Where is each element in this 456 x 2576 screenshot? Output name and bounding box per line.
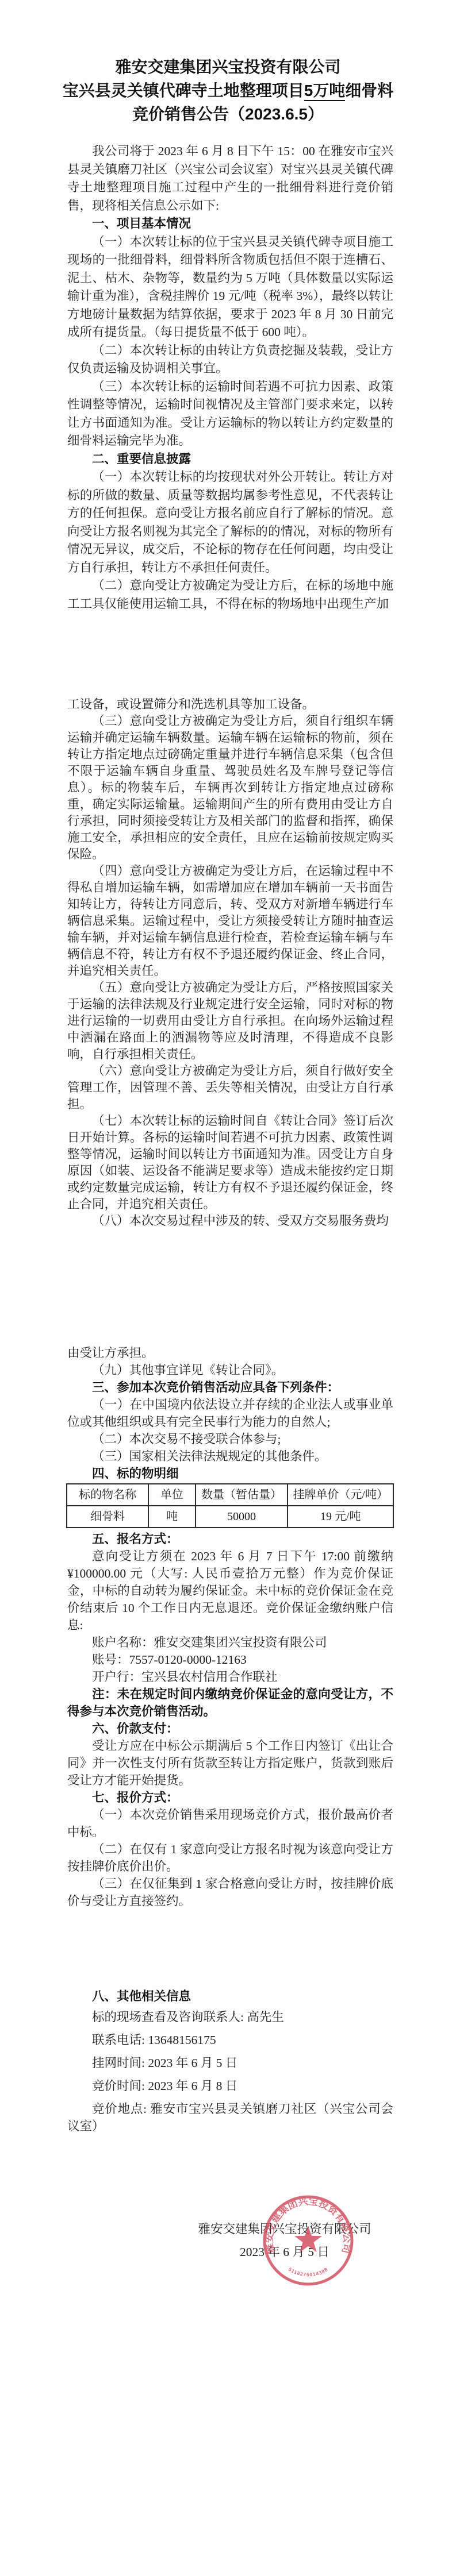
document-title: 雅安交建集团兴宝投资有限公司 宝兴县灵关镇代碑寺土地整理项目5万吨细骨料 竞价销… xyxy=(0,55,456,126)
col-header-quantity: 数量（暂估量） xyxy=(196,1484,288,1506)
para-bank: 开户行：宝兴县农村信用合作联社 xyxy=(67,1668,393,1686)
col-header-lot-name: 标的物名称 xyxy=(67,1484,148,1506)
heading-section-7: 七、报价方式： xyxy=(67,1789,393,1806)
para-2-7: （七）本次转让标的运输时间自《转让合同》签订后次日开始计算。各标的运输时间若遇不… xyxy=(67,1113,393,1213)
para-7-3: （三）在仅征集到 1 家合格意向受让方时，按挂牌价底价与受让方直接签约。 xyxy=(67,1875,393,1910)
heading-section-6: 六、价款支付： xyxy=(67,1720,393,1737)
para-bidding-date: 竞价时间: 2023 年 6 月 8 日 xyxy=(67,2077,393,2095)
cell-quantity: 50000 xyxy=(196,1506,288,1528)
page-1-body: 我公司将于 2023 年 6 月 8 日下午 15：00 在雅安市宝兴县灵关镇磨… xyxy=(67,142,393,613)
para-3-3: （三）国家相关法律法规规定的其他条件。 xyxy=(67,1448,393,1465)
para-2-3: （三）意向受让方被确定为受让方后，须自行组织车辆运输并确定运输车辆数量。运输车辆… xyxy=(67,713,393,863)
para-7-1: （一）本次竞价销售采用现场竞价方式，报价最高价者中标。 xyxy=(67,1806,393,1841)
para-7-2: （二）在仅有 1 家意向受让方报名时视为该意向受让方按挂牌价底价出价。 xyxy=(67,1841,393,1875)
para-2-4: （四）意向受让方被确定为受让方后，在运输过程中不得私自增加运输车辆，如需增加应在… xyxy=(67,863,393,980)
heading-section-5: 五、报名方式： xyxy=(67,1530,393,1548)
title-line-2-post: 细骨料 xyxy=(345,82,393,99)
para-2-2-part1: （二）意向受让方被确定为受让方后，在标的场地中施工工具仅能使用运输工具，不得在标… xyxy=(67,577,393,613)
para-5-1: 意向受让方须在 2023 年 6 月 7 日下午 17:00 前缴纳 ¥1000… xyxy=(67,1548,393,1634)
title-line-2-pre: 宝兴县灵关镇代碑寺土地整理项目 xyxy=(63,82,304,99)
page-4-body: 八、其他相关信息 标的现场查看及咨询联系人: 高先生 联系电话: 1364815… xyxy=(67,1988,393,2141)
para-2-8-part2: 由受让方承担。 xyxy=(67,1344,393,1362)
para-bidding-place: 竞价地点: 雅安市宝兴县灵关镇磨刀社区（兴宝公司会议室） xyxy=(67,2100,393,2135)
para-2-9: （九）其他事宜详见《转让合同》。 xyxy=(67,1362,393,1379)
para-account-number: 账号：7557-0120-0000-12163 xyxy=(67,1651,393,1668)
signature-date: 2023 年 6 月 5 日 xyxy=(196,2240,374,2263)
para-6-1: 受让方应在中标公示期满后 5 个工作日内签订《出让合同》并一次性支付所有货款至转… xyxy=(67,1737,393,1789)
heading-section-2: 二、重要信息披露 xyxy=(67,450,393,469)
para-account-name: 账户名称：雅安交建集团兴宝投资有限公司 xyxy=(67,1634,393,1651)
cell-lot-name: 细骨料 xyxy=(67,1506,148,1528)
para-3-1: （一）在中国境内依法设立并存续的企业法人或事业单位或其他组织或具有完全民事行为能… xyxy=(67,1396,393,1430)
signature-company: 雅安交建集团兴宝投资有限公司 xyxy=(196,2218,374,2240)
para-2-5: （五）意向受让方被确定为受让方后，严格按照国家关于运输的法律法规及行业规定进行安… xyxy=(67,980,393,1063)
para-deposit-note: 注：未在规定时间内缴纳竞价保证金的意向受让方，不得参与本次竞价销售活动。 xyxy=(67,1686,393,1720)
heading-section-8: 八、其他相关信息 xyxy=(67,1988,393,2005)
seal-code-text: 5118275014388 xyxy=(288,2266,329,2278)
para-3-2: （二）本次交易不接受联合体参与; xyxy=(67,1430,393,1448)
para-2-8-part1: （八）本次交易过程中涉及的转、受双方交易服务费均 xyxy=(67,1213,393,1229)
lot-details-table: 标的物名称 单位 数量（暂估量） 挂牌单价（元/吨） 细骨料 吨 50000 1… xyxy=(66,1483,394,1528)
title-line-2-underlined: 5万吨 xyxy=(304,82,346,101)
para-2-2-part2: 工设备，或设置筛分和洗选机具等加工设备。 xyxy=(67,696,393,713)
heading-section-4: 四、标的物明细 xyxy=(67,1465,393,1482)
para-intro: 我公司将于 2023 年 6 月 8 日下午 15：00 在雅安市宝兴县灵关镇磨… xyxy=(67,142,393,215)
signature-block: 雅安交建集团兴宝投资有限公司 2023 年 6 月 5 日 xyxy=(196,2218,374,2263)
para-contact-phone: 联系电话: 13648156175 xyxy=(67,2031,393,2049)
para-2-6: （六）意向受让方被确定为受让方后，须自行做好安全管理工作，因管理不善、丢失等相关… xyxy=(67,1063,393,1113)
announcement-document: 雅安交建集团兴宝投资有限公司 宝兴县灵关镇代碑寺土地整理项目5万吨细骨料 竞价销… xyxy=(0,0,456,2576)
cell-unit: 吨 xyxy=(148,1506,195,1528)
title-line-3: 竞价销售公告（2023.6.5） xyxy=(0,102,456,126)
para-1-1: （一）本次转让标的位于宝兴县灵关镇代碑寺项目施工现场的一批细骨料，细骨料所含物质… xyxy=(67,233,393,342)
heading-section-1: 一、项目基本情况 xyxy=(67,215,393,233)
para-contact-person: 标的现场查看及咨询联系人: 高先生 xyxy=(67,2008,393,2026)
table-row: 细骨料 吨 50000 19 元/吨 xyxy=(67,1506,393,1528)
cell-list-price: 19 元/吨 xyxy=(288,1506,393,1528)
col-header-unit: 单位 xyxy=(148,1484,195,1506)
title-line-1: 雅安交建集团兴宝投资有限公司 xyxy=(0,55,456,79)
table-header-row: 标的物名称 单位 数量（暂估量） 挂牌单价（元/吨） xyxy=(67,1484,393,1506)
para-1-2: （二）本次转让标的由转让方负责挖掘及装载，受让方仅负责运输及协调相关事宜。 xyxy=(67,342,393,378)
col-header-list-price: 挂牌单价（元/吨） xyxy=(288,1484,393,1506)
page-3-body: 由受让方承担。 （九）其他事宜详见《转让合同》。 三、参加本次竞价销售活动应具备… xyxy=(67,1344,393,1910)
title-line-2: 宝兴县灵关镇代碑寺土地整理项目5万吨细骨料 xyxy=(0,79,456,102)
para-1-3: （三）本次转让标的运输时间若遇不可抗力因素、政策性调整等情况，运输时间视情况及主… xyxy=(67,378,393,450)
page-2-body: 工设备，或设置筛分和洗选机具等加工设备。 （三）意向受让方被确定为受让方后，须自… xyxy=(67,696,393,1229)
para-2-1: （一）本次转让标的均按现状对外公开转让。转让方对标的所做的数量、质量等数据均属参… xyxy=(67,468,393,577)
para-listing-date: 挂网时间: 2023 年 6 月 5 日 xyxy=(67,2054,393,2072)
heading-section-3: 三、参加本次竞价销售活动应具备下列条件： xyxy=(67,1379,393,1396)
